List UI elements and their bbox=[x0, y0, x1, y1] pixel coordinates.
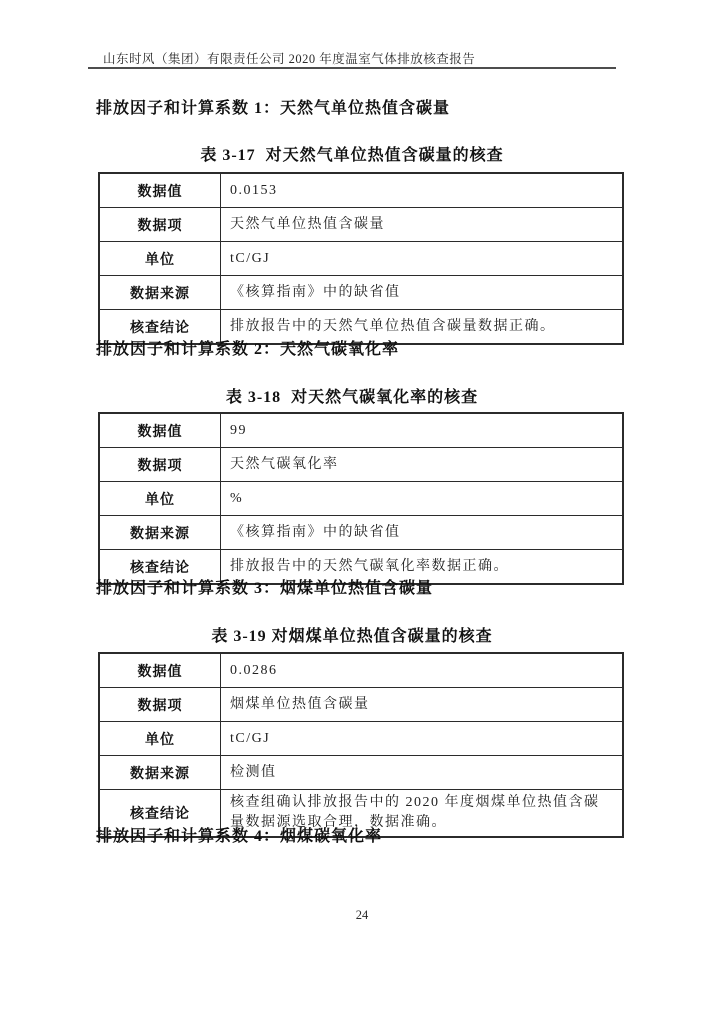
row-value: % bbox=[221, 482, 624, 516]
table-row: 单位 tC/GJ bbox=[99, 722, 623, 756]
header-divider bbox=[88, 67, 616, 69]
table-row: 数据项 烟煤单位热值含碳量 bbox=[99, 688, 623, 722]
document-page: 山东时风（集团）有限责任公司 2020 年度温室气体排放核查报告 排放因子和计算… bbox=[0, 0, 724, 1024]
row-value: 0.0153 bbox=[221, 173, 624, 208]
row-label: 单位 bbox=[99, 722, 221, 756]
row-value: 《核算指南》中的缺省值 bbox=[221, 516, 624, 550]
table-row: 数据值 0.0286 bbox=[99, 653, 623, 688]
row-value: 检测值 bbox=[221, 756, 624, 790]
table-3-18-title: 表 3-18 对天然气碳氧化率的核查 bbox=[88, 384, 616, 407]
table-3-18: 数据值 99 数据项 天然气碳氧化率 单位 % 数据来源 《核算指南》中的缺省值… bbox=[98, 412, 624, 585]
table-row: 数据来源 检测值 bbox=[99, 756, 623, 790]
table-row: 数据值 0.0153 bbox=[99, 173, 623, 208]
row-value: 天然气碳氧化率 bbox=[221, 448, 624, 482]
row-label: 数据项 bbox=[99, 448, 221, 482]
row-label: 数据来源 bbox=[99, 276, 221, 310]
section-heading-3: 排放因子和计算系数 3：烟煤单位热值含碳量 bbox=[96, 575, 433, 598]
table-3-19-title: 表 3-19 对烟煤单位热值含碳量的核查 bbox=[88, 623, 616, 646]
page-header-title: 山东时风（集团）有限责任公司 2020 年度温室气体排放核查报告 bbox=[103, 49, 475, 67]
table-row: 数据项 天然气碳氧化率 bbox=[99, 448, 623, 482]
table-3-19: 数据值 0.0286 数据项 烟煤单位热值含碳量 单位 tC/GJ 数据来源 检… bbox=[98, 652, 624, 838]
row-label: 数据项 bbox=[99, 688, 221, 722]
row-label: 单位 bbox=[99, 242, 221, 276]
row-value: tC/GJ bbox=[221, 242, 624, 276]
row-value: 99 bbox=[221, 413, 624, 448]
row-value: tC/GJ bbox=[221, 722, 624, 756]
table-row: 单位 % bbox=[99, 482, 623, 516]
section-heading-2: 排放因子和计算系数 2：天然气碳氧化率 bbox=[96, 336, 399, 359]
row-label: 数据来源 bbox=[99, 516, 221, 550]
table-3-17-title: 表 3-17 对天然气单位热值含碳量的核查 bbox=[88, 142, 616, 165]
row-label: 单位 bbox=[99, 482, 221, 516]
row-value: 0.0286 bbox=[221, 653, 624, 688]
row-value: 《核算指南》中的缺省值 bbox=[221, 276, 624, 310]
row-value: 烟煤单位热值含碳量 bbox=[221, 688, 624, 722]
table-row: 单位 tC/GJ bbox=[99, 242, 623, 276]
table-row: 数据项 天然气单位热值含碳量 bbox=[99, 208, 623, 242]
row-label: 数据项 bbox=[99, 208, 221, 242]
section-heading-4: 排放因子和计算系数 4：烟煤碳氧化率 bbox=[96, 823, 382, 846]
row-label: 数据值 bbox=[99, 653, 221, 688]
section-heading-1: 排放因子和计算系数 1：天然气单位热值含碳量 bbox=[96, 95, 450, 118]
row-value: 天然气单位热值含碳量 bbox=[221, 208, 624, 242]
row-label: 数据值 bbox=[99, 413, 221, 448]
table-row: 数据值 99 bbox=[99, 413, 623, 448]
row-label: 数据来源 bbox=[99, 756, 221, 790]
table-row: 数据来源 《核算指南》中的缺省值 bbox=[99, 276, 623, 310]
table-row: 数据来源 《核算指南》中的缺省值 bbox=[99, 516, 623, 550]
page-number: 24 bbox=[0, 908, 724, 923]
row-label: 数据值 bbox=[99, 173, 221, 208]
table-3-17: 数据值 0.0153 数据项 天然气单位热值含碳量 单位 tC/GJ 数据来源 … bbox=[98, 172, 624, 345]
